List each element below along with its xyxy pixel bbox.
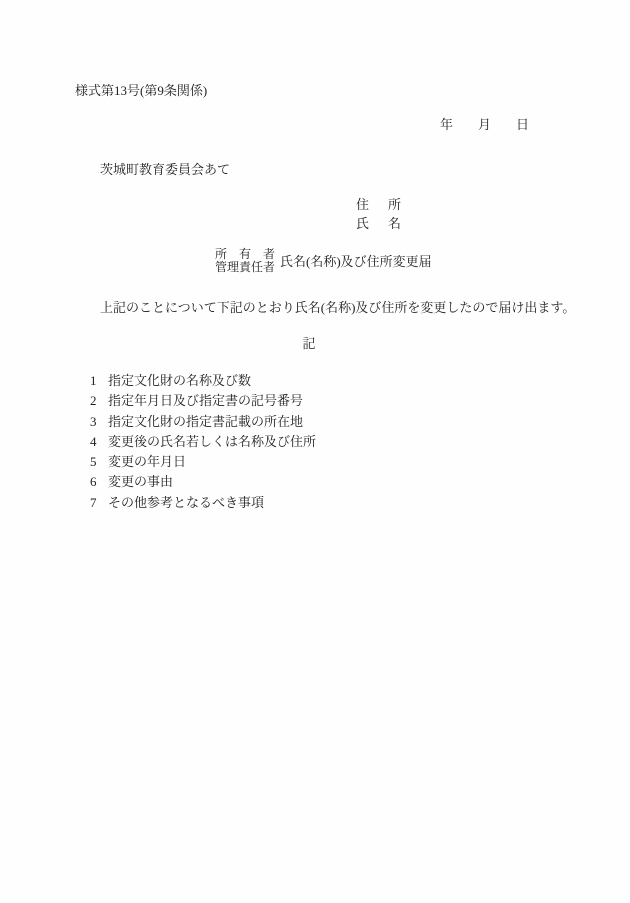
list-item: 6 変更の事由 bbox=[90, 472, 316, 492]
item-number: 1 bbox=[90, 371, 101, 391]
item-number: 5 bbox=[90, 452, 101, 472]
item-text: 指定文化財の名称及び数 bbox=[108, 371, 251, 391]
addressee: 茨城町教育委員会あて bbox=[100, 163, 230, 176]
name-label-char-2: 名 bbox=[388, 217, 401, 230]
name-label-char-1: 氏 bbox=[356, 217, 369, 230]
item-text: 変更の事由 bbox=[108, 472, 173, 492]
document-title: 氏名(名称)及び住所変更届 bbox=[280, 255, 432, 268]
item-text: 変更の年月日 bbox=[108, 452, 186, 472]
year-label: 年 bbox=[440, 118, 453, 131]
list-item: 2 指定年月日及び指定書の記号番号 bbox=[90, 391, 316, 411]
list-item: 4 変更後の氏名若しくは名称及び住所 bbox=[90, 432, 316, 452]
item-number: 6 bbox=[90, 472, 101, 492]
list-item: 1 指定文化財の名称及び数 bbox=[90, 371, 316, 391]
form-number: 様式第13号(第9条関係) bbox=[75, 84, 207, 97]
item-text: 指定年月日及び指定書の記号番号 bbox=[108, 391, 303, 411]
role-stack: 所 有 者 管理責任者 bbox=[215, 248, 275, 274]
item-number: 2 bbox=[90, 391, 101, 411]
item-number: 7 bbox=[90, 493, 101, 513]
record-heading: 記 bbox=[0, 337, 618, 350]
name-label: 氏 名 bbox=[356, 217, 401, 230]
month-label: 月 bbox=[478, 118, 491, 131]
date-line: 年 月 日 bbox=[440, 118, 529, 131]
body-text: 上記のことについて下記のとおり氏名(名称)及び住所を変更したので届け出ます。 bbox=[100, 301, 575, 314]
address-label-char-2: 所 bbox=[388, 198, 401, 211]
item-text: その他参考となるべき事項 bbox=[108, 493, 264, 513]
item-text: 変更後の氏名若しくは名称及び住所 bbox=[108, 432, 316, 452]
items-list: 1 指定文化財の名称及び数 2 指定年月日及び指定書の記号番号 3 指定文化財の… bbox=[90, 371, 316, 513]
day-label: 日 bbox=[516, 118, 529, 131]
item-number: 3 bbox=[90, 412, 101, 432]
list-item: 7 その他参考となるべき事項 bbox=[90, 493, 316, 513]
list-item: 5 変更の年月日 bbox=[90, 452, 316, 472]
address-label-char-1: 住 bbox=[356, 198, 369, 211]
role-manager-line: 管理責任者 bbox=[215, 261, 275, 274]
item-number: 4 bbox=[90, 432, 101, 452]
document-page: 様式第13号(第9条関係) 年 月 日 茨城町教育委員会あて 住 所 氏 名 所… bbox=[0, 0, 630, 903]
address-label: 住 所 bbox=[356, 198, 401, 211]
contact-block: 住 所 氏 名 bbox=[356, 198, 401, 230]
title-block: 所 有 者 管理責任者 氏名(名称)及び住所変更届 bbox=[215, 248, 432, 274]
item-text: 指定文化財の指定書記載の所在地 bbox=[108, 412, 303, 432]
list-item: 3 指定文化財の指定書記載の所在地 bbox=[90, 412, 316, 432]
